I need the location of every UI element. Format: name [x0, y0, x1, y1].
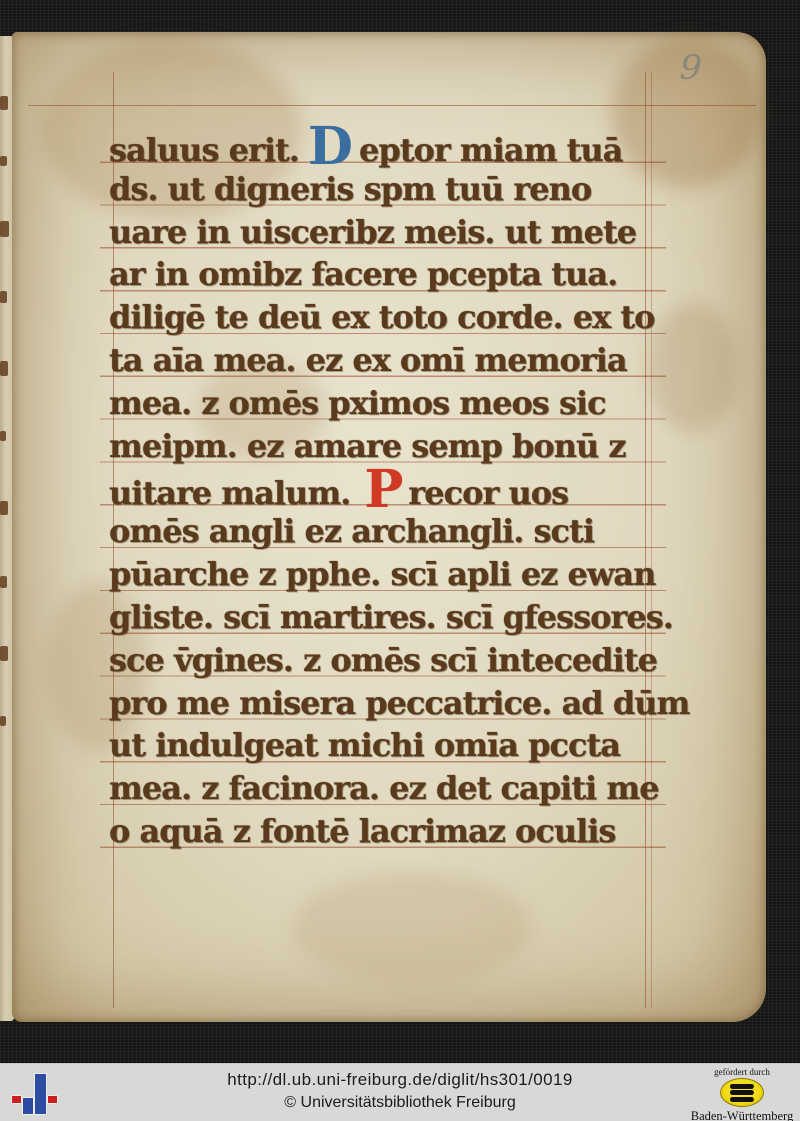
- manuscript-line: o aquā z fontē lacrimaz oculis: [109, 811, 681, 854]
- initial-p: P: [364, 472, 402, 508]
- manuscript-line: ta aīa mea. ez ex omī memoria: [109, 340, 681, 383]
- line-text: omēs angli ez archangli. scti: [109, 512, 594, 550]
- line-text: saluus erit.: [109, 131, 299, 169]
- line-text: uare in uisceribz meis. ut mete: [109, 213, 636, 251]
- footer-copyright: © Universitätsbibliothek Freiburg: [160, 1094, 640, 1112]
- manuscript-line: ar in omibz facere pcepta tua.: [109, 254, 681, 297]
- line-text: pūarche z pphe. scī apli ez ewan: [109, 555, 655, 593]
- manuscript-line: pūarche z pphe. scī apli ez ewan: [109, 554, 681, 597]
- text-block: saluus erit.Deptor miam tuā ds. ut digne…: [109, 126, 681, 854]
- initial-d: D: [308, 129, 352, 165]
- manuscript-line: saluus erit.Deptor miam tuā: [109, 126, 681, 169]
- line-text: pro me misera peccatrice. ad dūm: [109, 684, 689, 722]
- manuscript-line: ds. ut digneris spm tuū reno: [109, 169, 681, 212]
- manuscript-line: pro me misera peccatrice. ad dūm: [109, 683, 681, 726]
- line-text: diligē te deū ex toto corde. ex to: [109, 298, 655, 336]
- bw-coat-of-arms-icon: [720, 1078, 764, 1107]
- attribution-block: http://dl.ub.uni-freiburg.de/diglit/hs30…: [160, 1064, 640, 1121]
- line-text: o aquā z fontē lacrimaz oculis: [109, 812, 615, 850]
- manuscript-line: gliste. scī martires. scī gfessores.: [109, 597, 681, 640]
- manuscript-line: omēs angli ez archangli. scti: [109, 511, 681, 554]
- manuscript-line: mea. z facinora. ez det capiti me: [109, 768, 681, 811]
- manuscript-line: uare in uisceribz meis. ut mete: [109, 212, 681, 255]
- manuscript-page: 9 saluus erit.Deptor miam tuā ds. ut dig…: [12, 32, 766, 1022]
- line-text: ar in omibz facere pcepta tua.: [109, 255, 617, 293]
- line-text: ut indulgeat michi omīa pccta: [109, 726, 620, 764]
- ruling-top-line: [28, 105, 756, 106]
- line-text: mea. z omēs pximos meos sic: [109, 384, 606, 422]
- line-text: uitare malum.: [109, 474, 350, 512]
- funding-block: gefördert durch Baden-Württemberg: [690, 1064, 794, 1121]
- folio-number: 9: [679, 47, 703, 88]
- manuscript-line: diligē te deū ex toto corde. ex to: [109, 297, 681, 340]
- line-text: ta aīa mea. ez ex omī memoria: [109, 341, 627, 379]
- ub-freiburg-logo-icon: [0, 1064, 60, 1121]
- line-text: gliste. scī martires. scī gfessores.: [109, 598, 673, 636]
- footer-bar: http://dl.ub.uni-freiburg.de/diglit/hs30…: [0, 1063, 800, 1121]
- line-text: eptor miam tuā: [359, 131, 622, 169]
- manuscript-line: uitare malum.Precor uos: [109, 469, 681, 512]
- line-text: mea. z facinora. ez det capiti me: [109, 769, 659, 807]
- funding-label: gefördert durch: [690, 1067, 794, 1077]
- scan-viewport: 9 saluus erit.Deptor miam tuā ds. ut dig…: [0, 0, 800, 1121]
- funding-region-label: Baden-Württemberg: [690, 1109, 794, 1121]
- line-text: ds. ut digneris spm tuū reno: [109, 170, 591, 208]
- manuscript-line: mea. z omēs pximos meos sic: [109, 383, 681, 426]
- line-text: sce v̄gines. z omēs scī intecedite: [109, 641, 657, 679]
- manuscript-line: ut indulgeat michi omīa pccta: [109, 725, 681, 768]
- footer-url: http://dl.ub.uni-freiburg.de/diglit/hs30…: [160, 1070, 640, 1090]
- line-text: recor uos: [408, 474, 568, 512]
- parchment-stain: [292, 872, 532, 982]
- manuscript-line: sce v̄gines. z omēs scī intecedite: [109, 640, 681, 683]
